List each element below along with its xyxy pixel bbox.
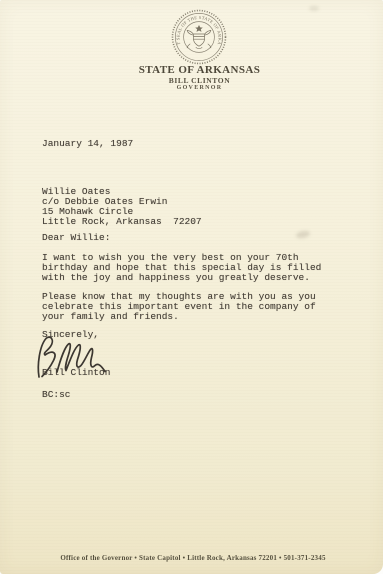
letterhead-state: STATE OF ARKANSAS [8, 64, 383, 76]
body-paragraph-1: I want to wish you the very best on your… [42, 253, 321, 283]
letter-date: January 14, 1987 [42, 139, 133, 149]
recipient-address-block: Willie Oates c/o Debbie Oates Erwin 15 M… [42, 187, 202, 227]
scan-smudge [309, 6, 319, 11]
letterhead-governor-title: GOVERNOR [8, 85, 383, 91]
recipient-city-state-zip: Little Rock, Arkansas 72207 [42, 216, 202, 227]
scan-smudge [295, 230, 310, 240]
signature-typed-name: Bill Clinton [42, 368, 110, 378]
arkansas-state-seal: GREAT SEAL OF THE STATE OF ARKANSAS [170, 8, 228, 66]
salutation: Dear Willie: [42, 233, 110, 243]
letterhead-footer: Office of the Governor • State Capitol •… [6, 554, 380, 562]
reference-initials: BC:sc [42, 390, 71, 400]
letterhead-governor-name: BILL CLINTON [8, 76, 383, 85]
scanned-letter-page: GREAT SEAL OF THE STATE OF ARKANSAS STAT… [0, 0, 383, 574]
body-paragraph-2: Please know that my thoughts are with yo… [42, 292, 316, 322]
